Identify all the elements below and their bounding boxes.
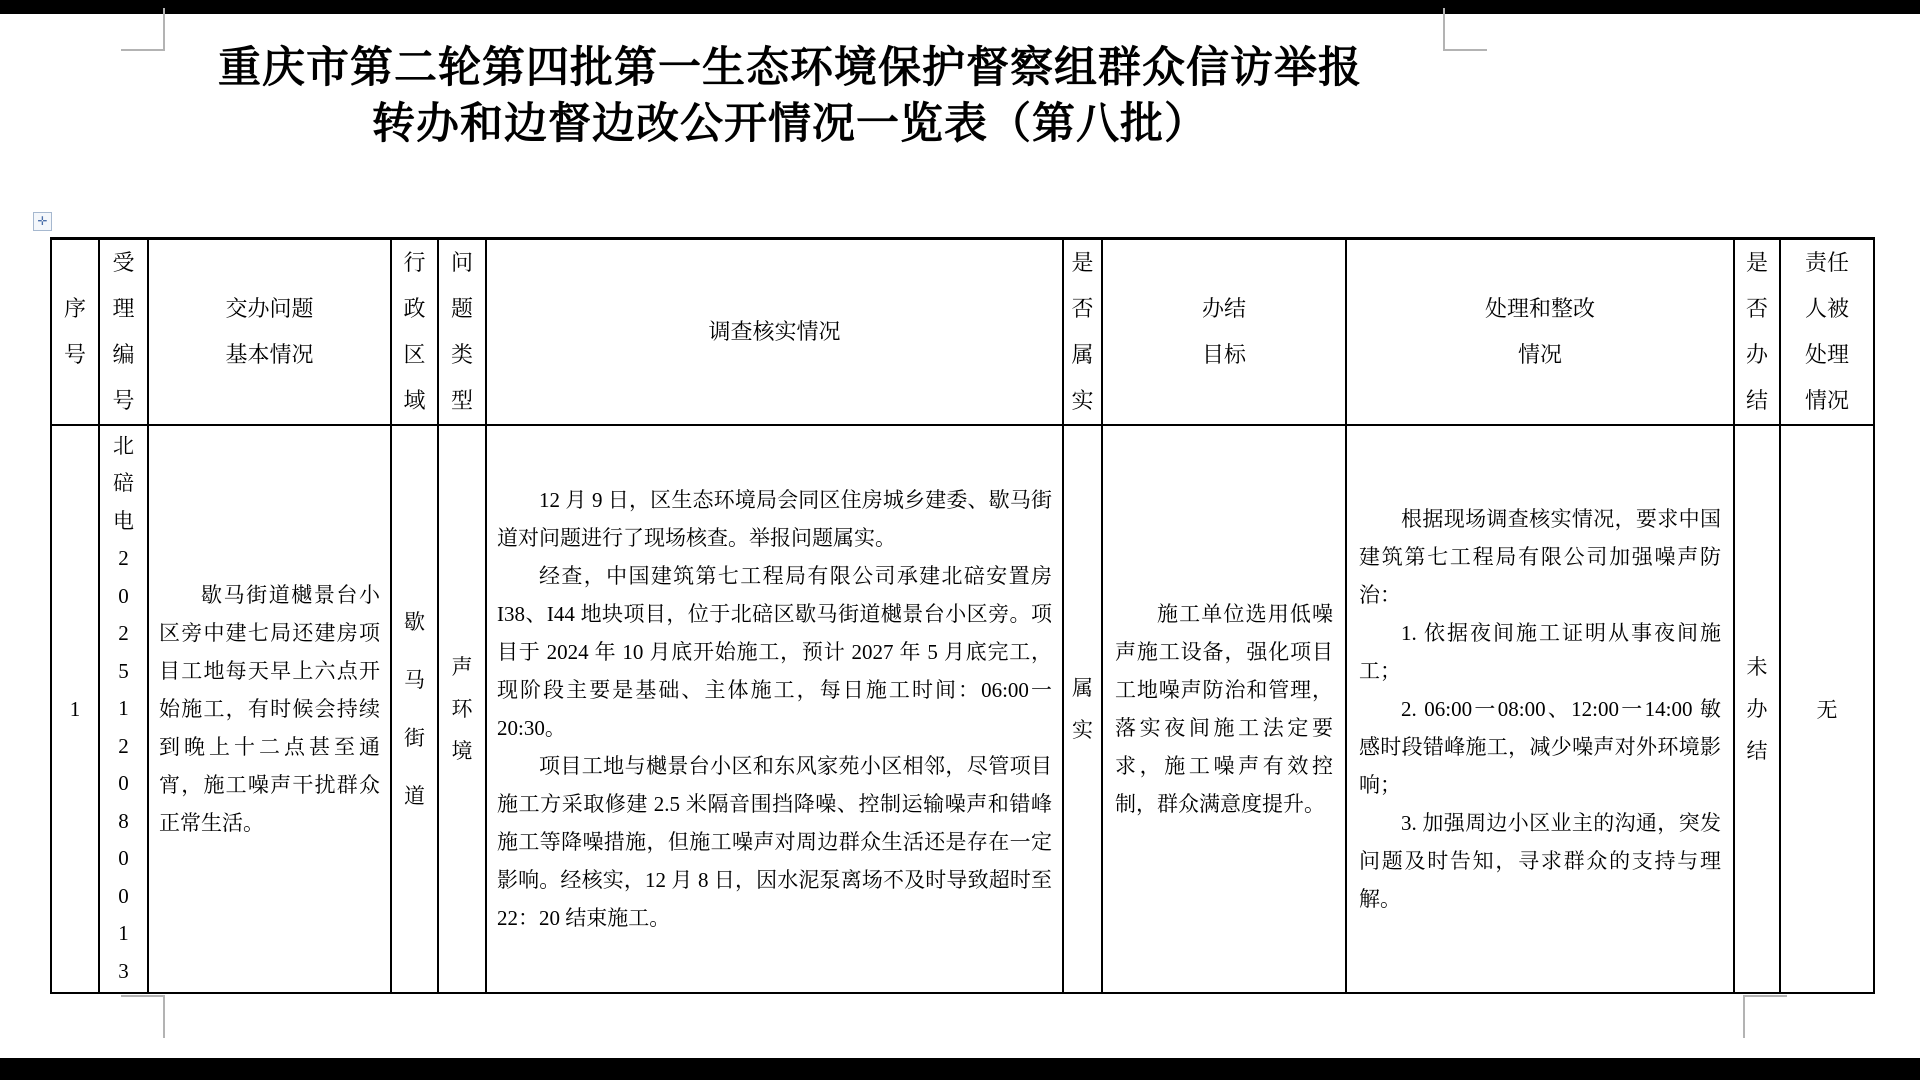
header-verified: 是 否 属 实 — [1063, 239, 1102, 426]
table-row: 1 北 碚 电 2 0 2 5 1 2 0 8 0 0 1 3 歇马街道樾景台小… — [51, 425, 1874, 993]
target-text: 施工单位选用低噪声施工设备，强化项目工地噪声防治和管理，落实夜间施工法定要求，施… — [1103, 595, 1345, 823]
header-investigation: 调查核实情况 — [486, 239, 1063, 426]
header-rectification: 处理和整改 情况 — [1346, 239, 1734, 426]
letterbox-bar-top — [0, 0, 1920, 14]
cell-accountability: 无 — [1780, 425, 1874, 993]
document-title: 重庆市第二轮第四批第一生态环境保护督察组群众信访举报 转办和边督边改公开情况一览… — [50, 40, 1530, 152]
header-completed: 是 否 办 结 — [1734, 239, 1780, 426]
header-case-no: 受 理 编 号 — [99, 239, 148, 426]
cell-target: 施工单位选用低噪声施工设备，强化项目工地噪声防治和管理，落实夜间施工法定要求，施… — [1102, 425, 1346, 993]
title-line-1: 重庆市第二轮第四批第一生态环境保护督察组群众信访举报 — [50, 40, 1530, 96]
investigation-text: 12 月 9 日，区生态环境局会同区住房城乡建委、歇马街道对问题进行了现场核查。… — [487, 481, 1062, 937]
header-accountability: 责任 人被 处理 情况 — [1780, 239, 1874, 426]
title-line-2: 转办和边督边改公开情况一览表（第八批） — [50, 96, 1530, 152]
cell-seq: 1 — [51, 425, 99, 993]
header-district: 行 政 区 域 — [391, 239, 438, 426]
document-page: 重庆市第二轮第四批第一生态环境保护督察组群众信访举报 转办和边督边改公开情况一览… — [0, 0, 1920, 1080]
letterbox-bar-bottom — [0, 1058, 1920, 1080]
table-move-handle-icon[interactable]: ✛ — [33, 212, 52, 231]
header-target: 办结 目标 — [1102, 239, 1346, 426]
header-seq: 序 号 — [51, 239, 99, 426]
cell-verified: 属 实 — [1063, 425, 1102, 993]
cell-issue-type: 声 环 境 — [438, 425, 486, 993]
rectification-text: 根据现场调查核实情况，要求中国建筑第七工程局有限公司加强噪声防治：1. 依据夜间… — [1347, 500, 1733, 918]
margin-crop-mark-bottom-left — [121, 995, 165, 1038]
cell-investigation: 12 月 9 日，区生态环境局会同区住房城乡建委、歇马街道对问题进行了现场核查。… — [486, 425, 1063, 993]
table-header-row: 序 号 受 理 编 号 交办问题 基本情况 行 政 区 域 问 题 类 型 调查… — [51, 239, 1874, 426]
cell-district: 歇 马 街 道 — [391, 425, 438, 993]
header-issue-type: 问 题 类 型 — [438, 239, 486, 426]
cell-case-no: 北 碚 电 2 0 2 5 1 2 0 8 0 0 1 3 — [99, 425, 148, 993]
cell-issue-basic: 歇马街道樾景台小区旁中建七局还建房项目工地每天早上六点开始施工，有时候会持续到晚… — [148, 425, 391, 993]
issue-text: 歇马街道樾景台小区旁中建七局还建房项目工地每天早上六点开始施工，有时候会持续到晚… — [149, 576, 390, 842]
cell-rectification: 根据现场调查核实情况，要求中国建筑第七工程局有限公司加强噪声防治：1. 依据夜间… — [1346, 425, 1734, 993]
header-issue-basic: 交办问题 基本情况 — [148, 239, 391, 426]
inspection-table: 序 号 受 理 编 号 交办问题 基本情况 行 政 区 域 问 题 类 型 调查… — [50, 237, 1875, 994]
cell-completed: 未 办 结 — [1734, 425, 1780, 993]
margin-crop-mark-bottom-right — [1743, 995, 1787, 1038]
